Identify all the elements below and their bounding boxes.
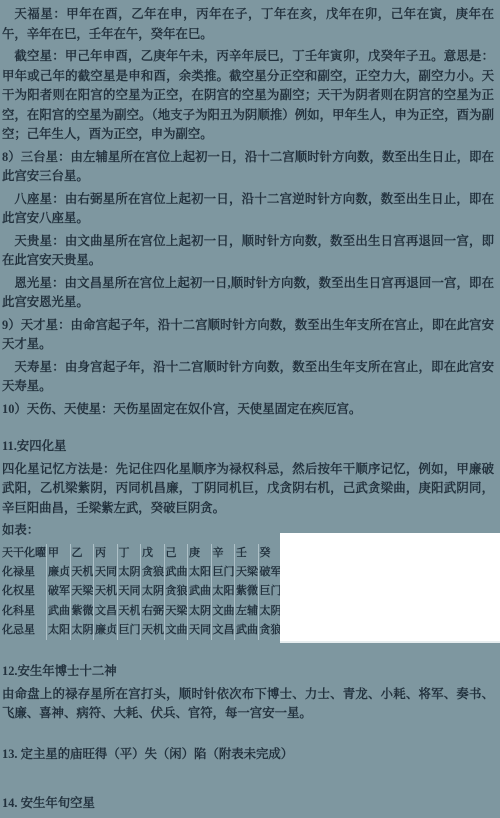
paragraph-9-tiancai-star: 9）天才星：由命宫起子年，沿十二宫顺时针方向数，数至出生年支所在宫止，即在此宫安… <box>2 316 494 355</box>
table-cell: 文昌 <box>93 602 117 621</box>
table-cell: 太阴 <box>117 563 141 582</box>
table-row-huaji: 化忌星太阳太阴廉贞巨门天机文曲天同文昌武曲贪狼 <box>2 621 281 640</box>
section-13-heading: 13. 定主星的庙旺得（平）失（闲）陷（附表未完成） <box>2 745 494 765</box>
paragraph-sihua-memory-method: 四化星记忆方法是：先记住四化星顺序为禄权科忌，然后按年干顺序记忆，例如，甲廉破武… <box>2 460 494 519</box>
table-cell: 癸 <box>258 544 282 563</box>
table-cell: 天同 <box>93 563 117 582</box>
table-cell: 破军 <box>46 582 70 601</box>
table-cell: 巨门 <box>211 563 235 582</box>
table-cell: 贪狼 <box>164 582 188 601</box>
table-row-hualu: 化禄星廉贞天机天同太阴贪狼武曲太阳巨门天梁破军 <box>2 563 281 582</box>
table-cell: 太阳 <box>211 582 235 601</box>
table-cell: 右弼 <box>140 602 164 621</box>
table-cell: 太阳 <box>46 621 70 640</box>
table-cell: 太阴 <box>187 602 211 621</box>
table-cell: 破军 <box>258 563 282 582</box>
table-cell: 巨门 <box>117 621 141 640</box>
table-cell: 化忌星 <box>2 621 46 640</box>
section-11-heading: 11.安四化星 <box>2 437 494 457</box>
table-cell: 天机 <box>140 621 164 640</box>
paragraph-tianshou-star: 天寿星：由身宫起子年，沿十二宫顺时针方向数，数至出生年支所在宫止，即在此宫安天寿… <box>2 358 494 397</box>
table-row-huaquan: 化权星破军天梁天机天同太阴贪狼武曲太阳紫微巨门 <box>2 582 281 601</box>
table-cell: 天机 <box>93 582 117 601</box>
section-12-heading: 12.安生年博士十二神 <box>2 662 494 682</box>
table-row-huake: 化科星武曲紫微文昌天机右弼天梁太阴文曲左辅太阴 <box>2 602 281 621</box>
table-cell: 化权星 <box>2 582 46 601</box>
table-cell: 武曲 <box>164 563 188 582</box>
paragraph-8-santai-star: 8）三台星：由左辅星所在宫位上起初一日，沿十二宫顺时针方向数，数至出生日止，即在… <box>2 148 494 187</box>
document-page: 天福星：甲年在酉，乙年在申，丙年在子，丁年在亥，戊年在卯，己年在寅，庚年在午，辛… <box>0 0 496 818</box>
table-cell: 贪狼 <box>258 621 282 640</box>
table-cell: 廉贞 <box>93 621 117 640</box>
table-cell: 天干化曜 <box>2 544 46 563</box>
table-cell: 文曲 <box>164 621 188 640</box>
table-cell: 武曲 <box>234 621 258 640</box>
table-cell: 紫微 <box>234 582 258 601</box>
table-cell: 左辅 <box>234 602 258 621</box>
table-cell: 化禄星 <box>2 563 46 582</box>
table-cell: 天同 <box>117 582 141 601</box>
table-cell: 壬 <box>234 544 258 563</box>
table-cell: 庚 <box>187 544 211 563</box>
table-cell: 武曲 <box>46 602 70 621</box>
table-cell: 天机 <box>70 563 94 582</box>
table-cell: 戊 <box>140 544 164 563</box>
table-cell: 天梁 <box>234 563 258 582</box>
table-cell: 辛 <box>211 544 235 563</box>
paragraph-tiangui-star: 天贵星：由文曲星所在宫位上起初一日，顺时针方向数，数至出生日宫再退回一宫，即在此… <box>2 232 494 271</box>
table-cell: 太阴 <box>258 602 282 621</box>
table-cell: 天机 <box>117 602 141 621</box>
paragraph-boshi-twelve-gods: 由命盘上的禄存星所在宫打头，顺时针依次布下博士、力士、青龙、小耗、将军、奏书、飞… <box>2 685 494 724</box>
table-cell: 天同 <box>187 621 211 640</box>
blank-white-panel <box>280 533 500 643</box>
table-cell: 己 <box>164 544 188 563</box>
table-cell: 文昌 <box>211 621 235 640</box>
table-cell: 廉贞 <box>46 563 70 582</box>
paragraph-10-tianshang-tianshi: 10）天伤、天使星：天伤星固定在奴仆宫，天使星固定在疾厄宫。 <box>2 400 494 420</box>
sihua-star-table: 天干化曜甲乙丙丁戊己庚辛壬癸 化禄星廉贞天机天同太阴贪狼武曲太阳巨门天梁破军 化… <box>2 544 281 641</box>
table-cell: 天梁 <box>70 582 94 601</box>
table-cell: 贪狼 <box>140 563 164 582</box>
table-cell: 太阳 <box>187 563 211 582</box>
table-cell: 乙 <box>70 544 94 563</box>
table-cell: 化科星 <box>2 602 46 621</box>
table-cell: 太阴 <box>140 582 164 601</box>
table-cell: 太阴 <box>70 621 94 640</box>
paragraph-bazuo-star: 八座星：由右弼星所在宫位上起初一日，沿十二宫逆时针方向数，数至出生日止，即在此宫… <box>2 190 494 229</box>
table-cell: 丙 <box>93 544 117 563</box>
table-header-row: 天干化曜甲乙丙丁戊己庚辛壬癸 <box>2 544 281 563</box>
paragraph-jiekong-star: 截空星：甲己年申酉，乙庚年午未，丙辛年辰巳，丁壬年寅卯，戊癸年子丑。意思是：甲年… <box>2 47 494 145</box>
section-14-heading: 14. 安生年旬空星 <box>2 794 494 814</box>
table-cell: 甲 <box>46 544 70 563</box>
table-cell: 巨门 <box>258 582 282 601</box>
table-cell: 丁 <box>117 544 141 563</box>
paragraph-tianfu-star: 天福星：甲年在酉，乙年在申，丙年在子，丁年在亥，戊年在卯，己年在寅，庚年在午，辛… <box>2 5 494 44</box>
table-cell: 武曲 <box>187 582 211 601</box>
table-cell: 紫微 <box>70 602 94 621</box>
paragraph-enguang-star: 恩光星：由文昌星所在宫位上起初一日,顺时针方向数，数至出生日宫再退回一宫，即在此… <box>2 274 494 313</box>
table-cell: 文曲 <box>211 602 235 621</box>
table-cell: 天梁 <box>164 602 188 621</box>
